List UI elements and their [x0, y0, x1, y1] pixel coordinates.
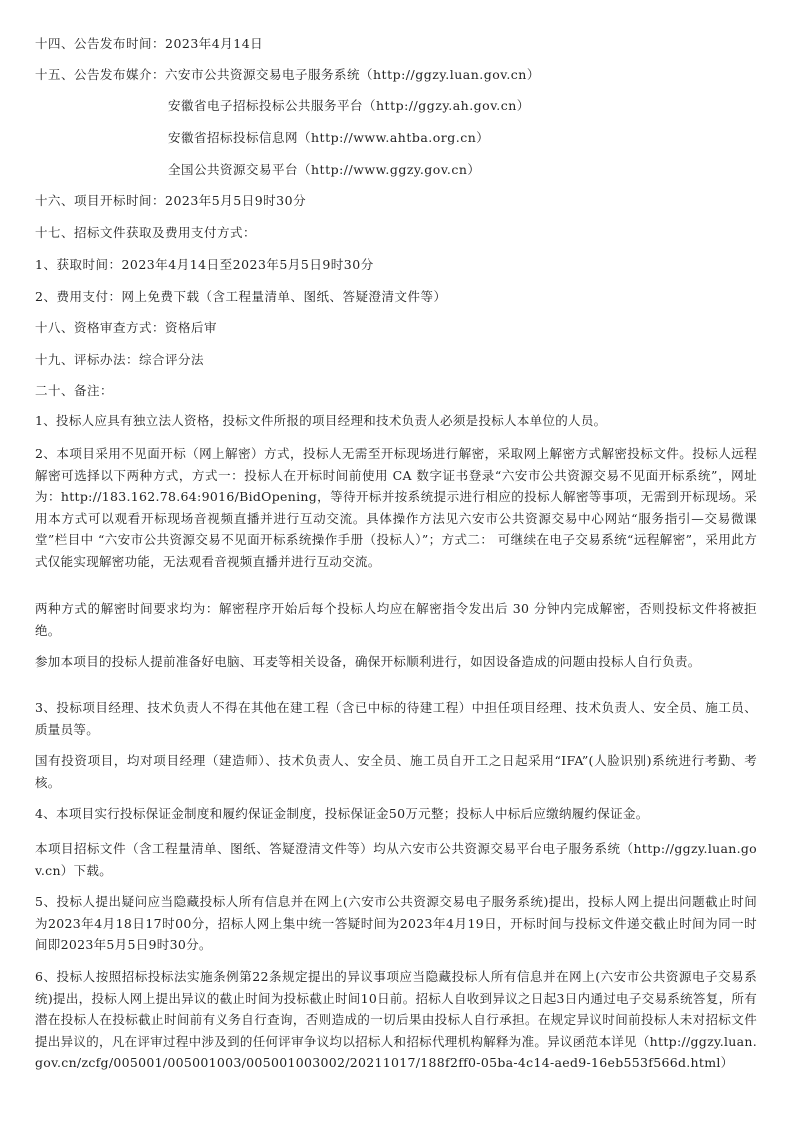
media-item: 全国公共资源交易平台（http://www.ggzy.gov.cn） [168, 160, 480, 178]
note-2-decryption-time: 两种方式的解密时间要求均为：解密程序开始后每个投标人均应在解密指令发出后 30 … [35, 598, 757, 641]
section-18-qualification-review: 十八、资格审查方式：资格后审 [35, 318, 217, 336]
section-15-publish-media: 十五、公告发布媒介：六安市公共资源交易电子服务系统（http://ggzy.lu… [35, 65, 540, 83]
note-2-equipment: 参加本项目的投标人提前准备好电脑、耳麦等相关设备，确保开标顺利进行，如因设备造成… [35, 651, 757, 673]
note-2-remote-decryption: 2、本项目采用不见面开标（网上解密）方式，投标人无需至开标现场进行解密，采取网上… [35, 443, 757, 572]
fee-payment: 2、费用支付：网上免费下载（含工程量清单、图纸、答疑澄清文件等） [35, 287, 446, 305]
note-1: 1、投标人应具有独立法人资格，投标文件所报的项目经理和技术负责人必须是投标人本单… [35, 410, 757, 432]
section-20-remarks: 二十、备注： [35, 381, 113, 399]
media-item: 安徽省电子招标投标公共服务平台（http://ggzy.ah.gov.cn） [168, 96, 530, 114]
section-16-opening-time: 十六、项目开标时间：2023年5月5日9时30分 [35, 191, 306, 209]
note-4-download: 本项目招标文件（含工程量清单、图纸、答疑澄清文件等）均从六安市公共资源交易平台电… [35, 838, 757, 881]
acquisition-time: 1、获取时间：2023年4月14日至2023年5月5日9时30分 [35, 255, 374, 273]
note-4-deposit: 4、本项目实行投标保证金制度和履约保证金制度，投标保证金50万元整；投标人中标后… [35, 803, 757, 825]
note-3-ifa: 国有投资项目，均对项目经理（建造师）、技术负责人、安全员、施工员自开工之日起采用… [35, 750, 757, 793]
section-19-evaluation-method: 十九、评标办法：综合评分法 [35, 350, 204, 368]
note-5-questions: 5、投标人提出疑问应当隐藏投标人所有信息并在网上(六安市公共资源交易电子服务系统… [35, 891, 757, 956]
note-3: 3、投标项目经理、技术负责人不得在其他在建工程（含已中标的待建工程）中担任项目经… [35, 697, 757, 740]
section-14-publish-time: 十四、公告发布时间：2023年4月14日 [35, 34, 263, 52]
note-6-objections: 6、投标人按照招标投标法实施条例第22条规定提出的异议事项应当隐藏投标人所有信息… [35, 966, 757, 1074]
media-item: 安徽省招标投标信息网（http://www.ahtba.org.cn） [168, 128, 489, 146]
section-17-document-acquisition: 十七、招标文件获取及费用支付方式： [35, 223, 256, 241]
